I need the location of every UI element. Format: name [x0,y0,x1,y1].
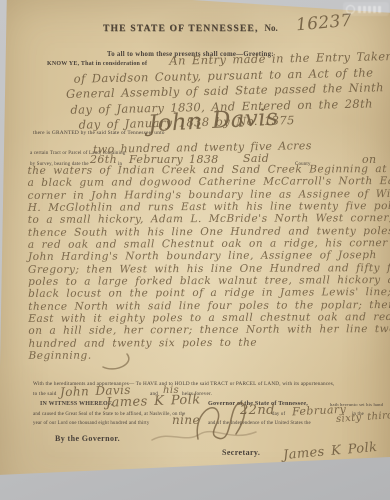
grantee-name: John Davis [147,105,278,138]
witness-whereof-label: IN WITNESS WHEREOF, [40,401,113,407]
governor-signature: James K Polk [283,440,378,463]
secretary-signature [150,422,260,448]
secretary-label: Secretary. [222,448,260,457]
document-header: THE STATE OF TENNESSEE, No. [103,23,278,34]
signature-underline-swash [285,461,385,473]
document-title: THE STATE OF TENNESSEE, [103,24,259,34]
granted-line: there is GRANTED by the said State of Te… [33,130,165,136]
grant-number-label: No. [265,23,278,33]
governor-name-handwritten: James K Polk [106,392,201,410]
watermark-text-blur [358,6,382,13]
witness-day-of-printed: day of [272,412,285,417]
land-description-block: the waters of Indian Creek and Sand Cree… [27,163,380,362]
magnifier-icon [346,5,355,14]
watermark [343,2,389,16]
habendum-to-the-said: to the said [33,391,57,397]
witness-seal-printed: and caused the Great Seal of the State t… [33,412,185,417]
land-description-line: Beginning. [28,348,380,362]
beginning-flourish [95,352,137,376]
by-governor-label: By the Governor. [55,434,120,443]
document-paper: THE STATE OF TENNESSEE, No. 16237 To all… [0,0,390,500]
land-description-line: on a hill side, her corner; thence North… [28,324,380,338]
witness-year-printed: year of our Lord one thousand eight hund… [33,421,149,426]
